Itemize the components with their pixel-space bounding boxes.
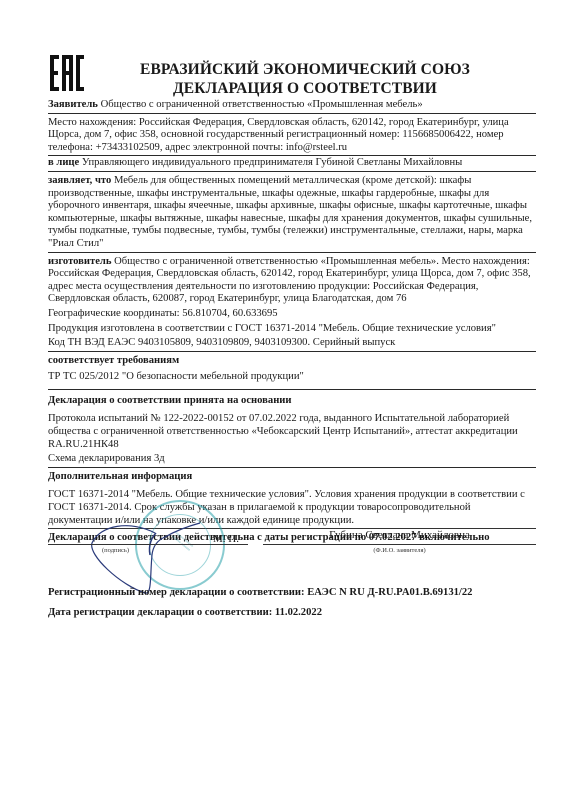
name-caption: (Ф.И.О. заявителя) bbox=[263, 547, 536, 554]
stamp-place-label: М. П. bbox=[213, 533, 239, 545]
manufacturer-value: Общество с ограниченной ответственностью… bbox=[48, 256, 531, 305]
name-line bbox=[263, 544, 536, 545]
declaration-page: ЕВРАЗИЙСКИЙ ЭКОНОМИЧЕСКИЙ СОЮЗ ДЕКЛАРАЦИ… bbox=[0, 0, 565, 800]
manufacturer-coordinates: Географические координаты: 56.810704, 60… bbox=[48, 307, 536, 322]
manufacturer-codes: Код ТН ВЭД ЕАЭС 9403105809, 9403109809, … bbox=[48, 336, 536, 352]
applicant-value: Общество с ограниченной ответственностью… bbox=[101, 99, 423, 110]
requirements-value: ТР ТС 025/2012 "О безопасности мебельной… bbox=[48, 370, 536, 390]
basis-value: Протокола испытаний № 122-2022-00152 от … bbox=[48, 412, 536, 452]
title-union: ЕВРАЗИЙСКИЙ ЭКОНОМИЧЕСКИЙ СОЮЗ bbox=[120, 60, 490, 79]
signature-block: (подпись) М. П. Губина Светлана Михайлов… bbox=[48, 520, 536, 590]
basis-heading: Декларация о соответствии принята на осн… bbox=[48, 394, 536, 409]
applicant-location: Место нахождения: Российская Федерация, … bbox=[48, 116, 536, 157]
eac-logo-icon bbox=[50, 55, 84, 91]
declaration-body: Заявитель Общество с ограниченной ответс… bbox=[48, 98, 536, 546]
registration-date: Дата регистрации декларации о соответств… bbox=[48, 607, 536, 618]
manufacturer-standard: Продукция изготовлена в соответствии с Г… bbox=[48, 322, 536, 337]
represented-row: в лице Управляющего индивидуального пред… bbox=[48, 156, 536, 172]
document-title: ЕВРАЗИЙСКИЙ ЭКОНОМИЧЕСКИЙ СОЮЗ ДЕКЛАРАЦИ… bbox=[120, 60, 490, 98]
requirements-heading: соответствует требованиям bbox=[48, 354, 536, 369]
title-declaration: ДЕКЛАРАЦИЯ О СООТВЕТСТВИИ bbox=[120, 79, 490, 98]
applicant-row: Заявитель Общество с ограниченной ответс… bbox=[48, 98, 536, 114]
registration-number: Регистрационный номер декларации о соотв… bbox=[48, 587, 536, 598]
additional-heading: Дополнительная информация bbox=[48, 470, 536, 485]
represented-label: в лице bbox=[48, 157, 79, 168]
applicant-label: Заявитель bbox=[48, 99, 98, 110]
declares-row: заявляет, что Мебель для общественных по… bbox=[48, 174, 536, 253]
signature-caption: (подпись) bbox=[102, 547, 129, 554]
declares-label: заявляет, что bbox=[48, 175, 111, 186]
applicant-signer-name: Губина Светлана Михайловна bbox=[263, 529, 536, 541]
declares-value: Мебель для общественных помещений металл… bbox=[48, 175, 532, 249]
basis-scheme: Схема декларирования 3д bbox=[48, 452, 536, 468]
manufacturer-label: изготовитель bbox=[48, 256, 111, 267]
represented-value: Управляющего индивидуального предпринима… bbox=[82, 157, 462, 168]
manufacturer-row: изготовитель Общество с ограниченной отв… bbox=[48, 255, 536, 307]
